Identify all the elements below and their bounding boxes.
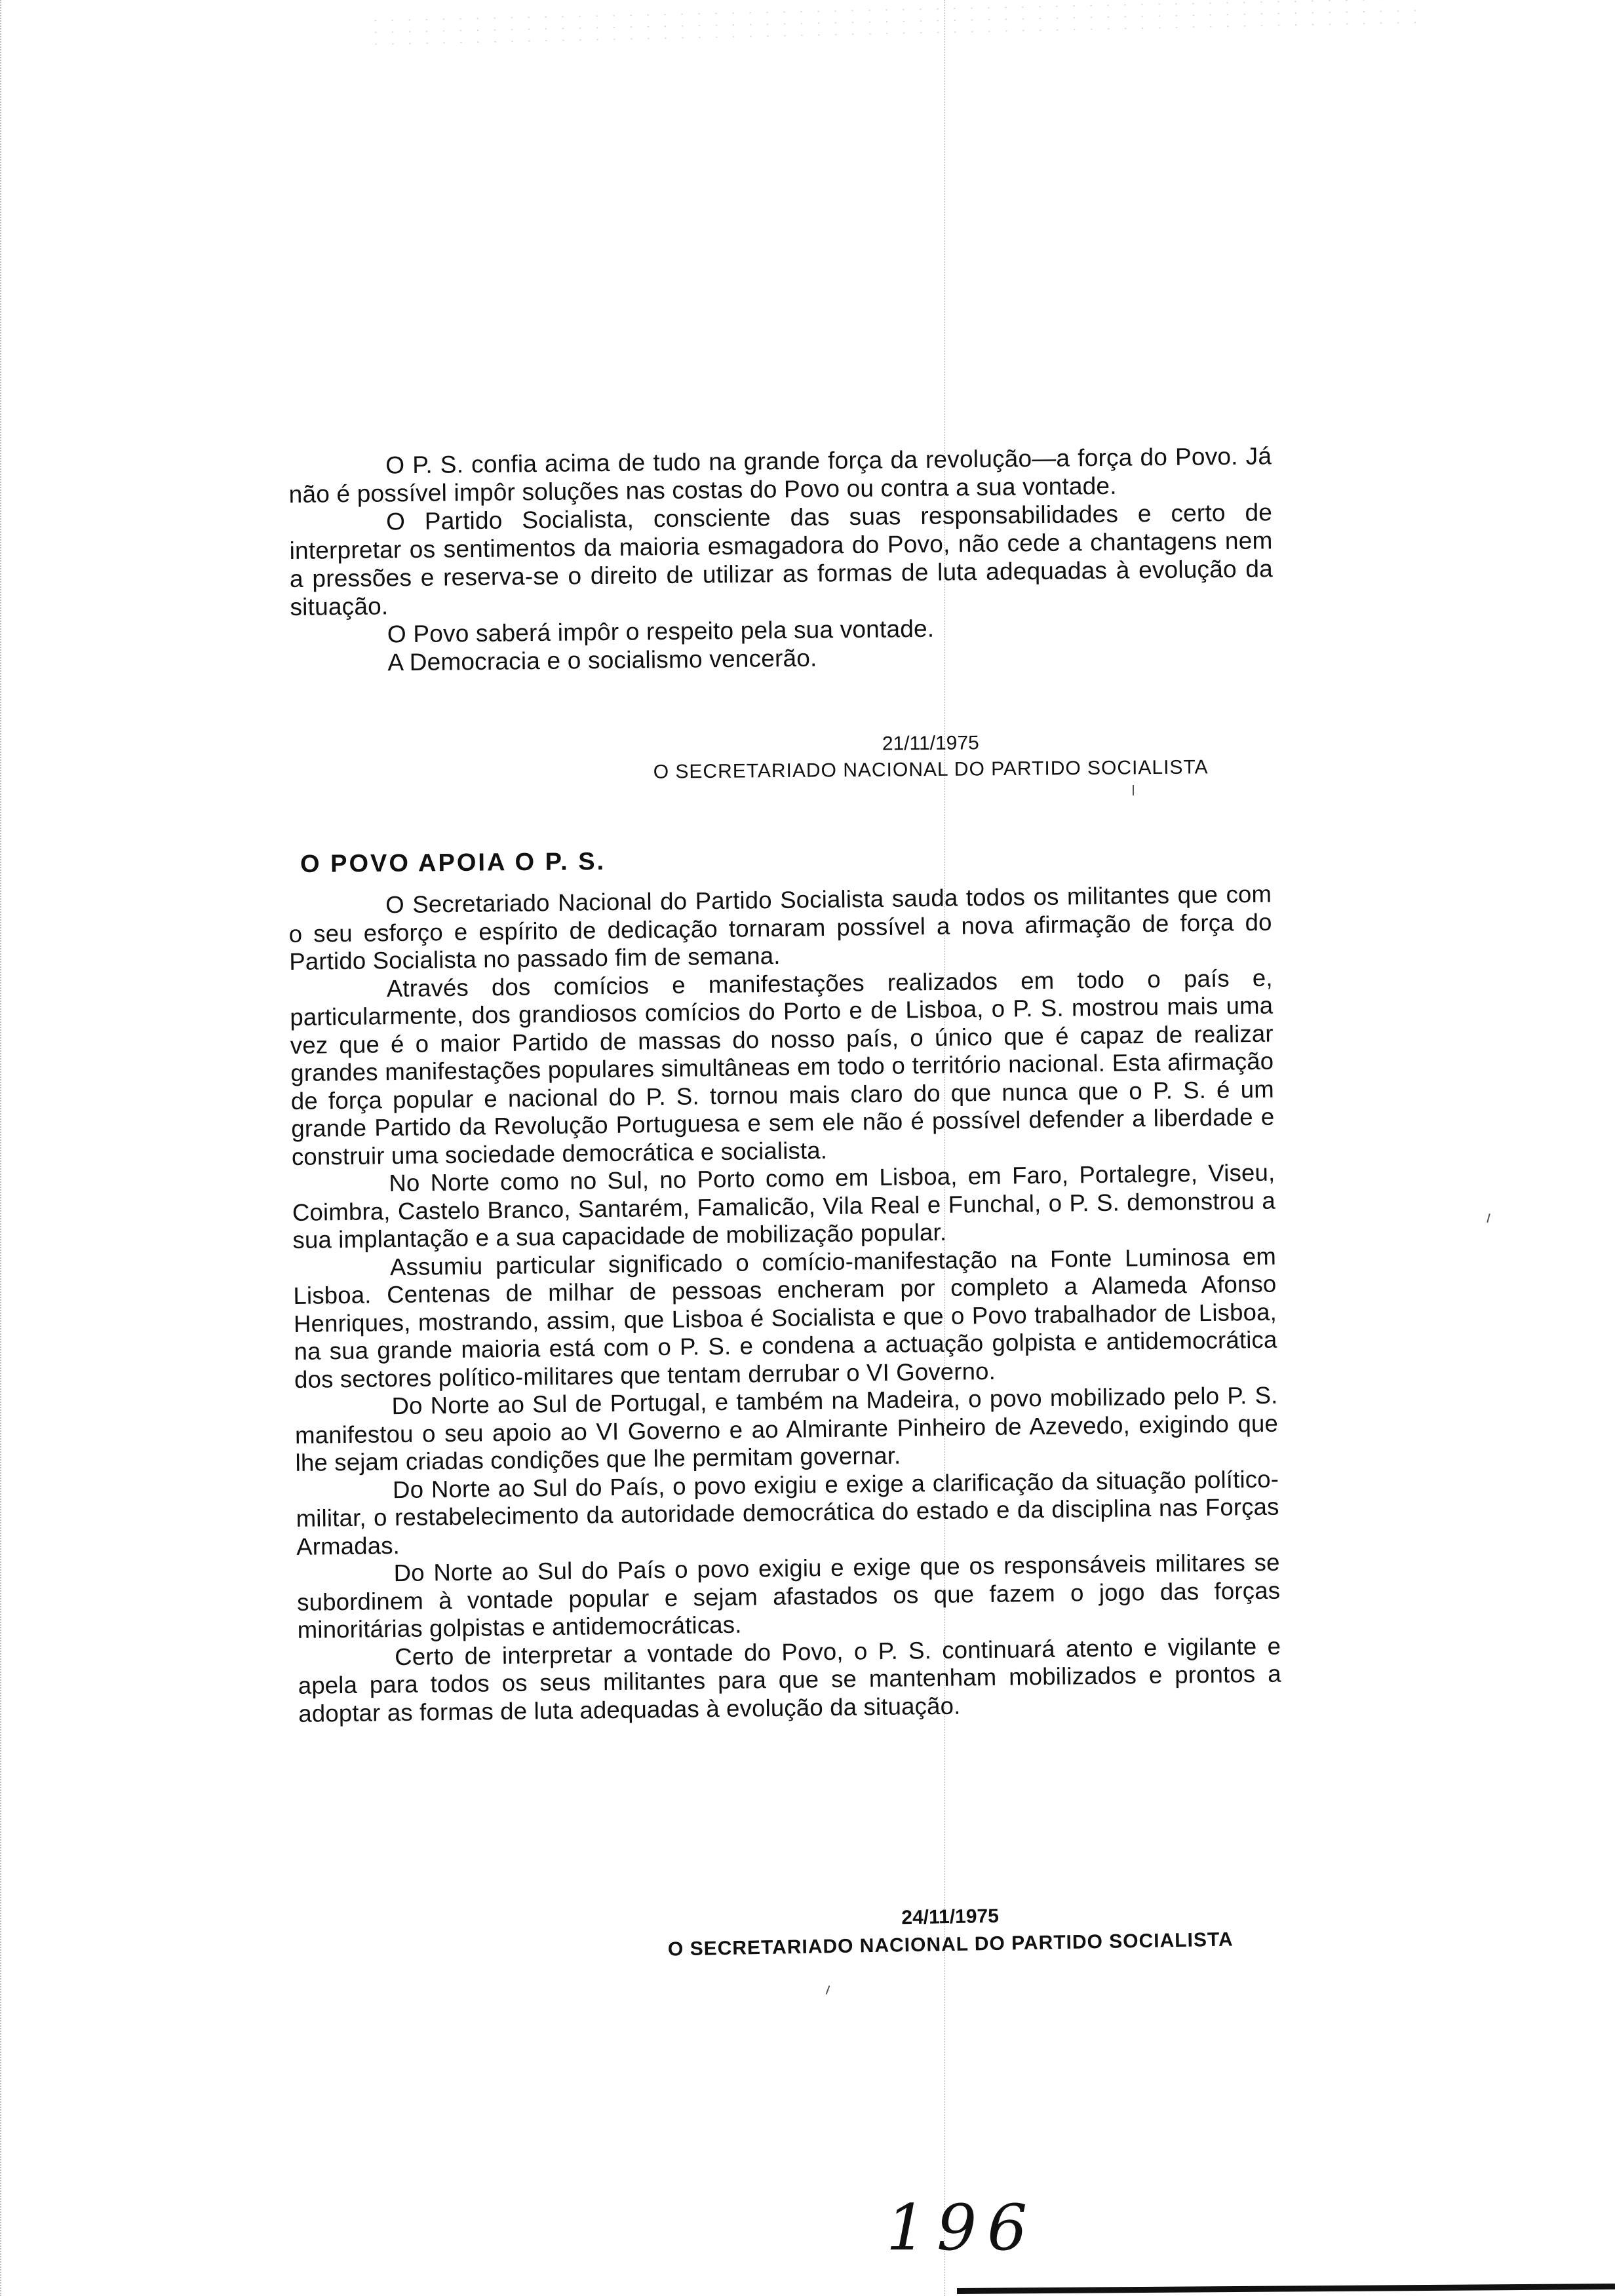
scan-bottom-edge — [957, 2284, 1615, 2294]
paragraph: Assumiu particular significado o comício… — [293, 1242, 1277, 1394]
paragraph: O Partido Socialista, consciente das sua… — [289, 498, 1274, 621]
communique-2-signature: 24/11/1975 O SECRETARIADO NACIONAL DO PA… — [622, 1898, 1278, 1964]
communique-1-signature: 21/11/1975 O SECRETARIADO NACIONAL DO PA… — [603, 728, 1259, 786]
communique-2-body: O Secretariado Nacional do Partido Socia… — [288, 881, 1281, 1728]
paragraph: No Norte como no Sul, no Porto como em L… — [292, 1159, 1275, 1255]
stray-mark — [1487, 1214, 1490, 1223]
handwritten-page-number: 196 — [886, 2195, 1038, 2261]
scan-edge-marks — [0, 0, 3, 2296]
paragraph: Através dos comícios e manifestações rea… — [290, 964, 1275, 1171]
paragraph: O Secretariado Nacional do Partido Socia… — [288, 881, 1272, 976]
scan-noise — [367, 0, 1416, 54]
document-page: O P. S. confia acima de tudo na grande f… — [0, 0, 1615, 2296]
signature-organization: O SECRETARIADO NACIONAL DO PARTIDO SOCIA… — [603, 754, 1258, 786]
stray-mark — [1133, 785, 1134, 795]
paragraph: Do Norte ao Sul do País, o povo exigiu e… — [296, 1465, 1279, 1561]
section-headline: O POVO APOIA O P. S. — [300, 848, 606, 879]
paragraph: Do Norte ao Sul do País o povo exigiu e … — [296, 1549, 1280, 1645]
paragraph: O P. S. confia acima de tudo na grande f… — [288, 442, 1272, 508]
paragraph: Certo de interpretar a vontade do Povo, … — [298, 1632, 1281, 1728]
paragraph: Do Norte ao Sul de Portugal, e também na… — [294, 1382, 1278, 1478]
communique-1-body: O P. S. confia acima de tudo na grande f… — [288, 442, 1274, 678]
stray-mark — [826, 1985, 830, 1995]
